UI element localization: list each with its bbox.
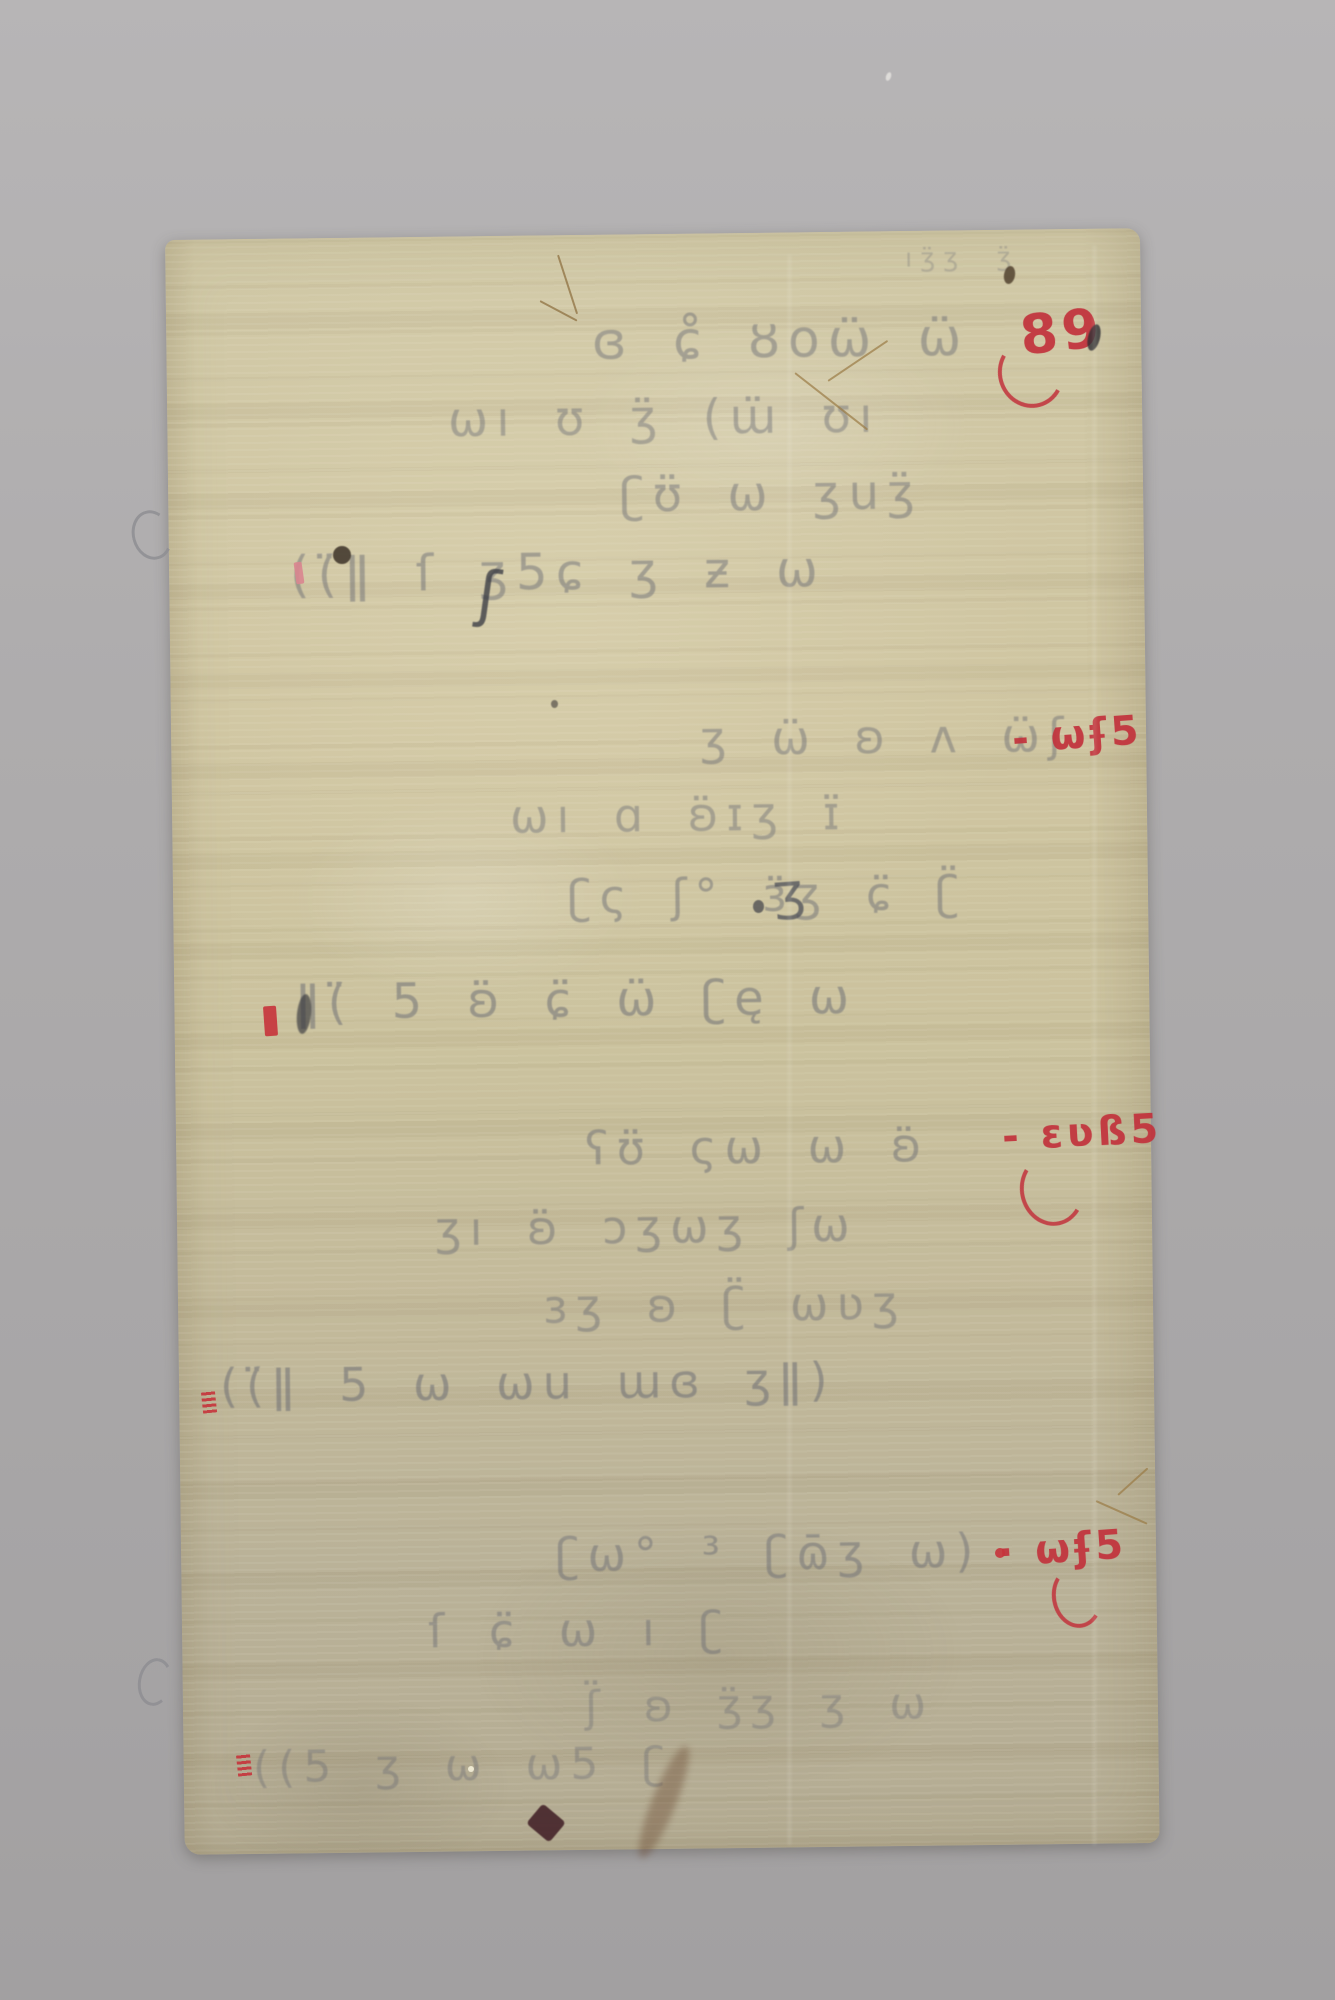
manuscript-paper-sheet xyxy=(165,228,1160,1855)
manuscript-photo: ıʒ̈ʒ ʒ̈ɞ ɕ̊ ȣoω̈ ω̈ωı ʊ ʒ̈ (ɯ̈ ʊıʗʊ̈ ω ʒ… xyxy=(0,0,1335,2000)
pin-wire-left-lower xyxy=(134,1655,176,1708)
white-speck-background xyxy=(885,71,893,81)
